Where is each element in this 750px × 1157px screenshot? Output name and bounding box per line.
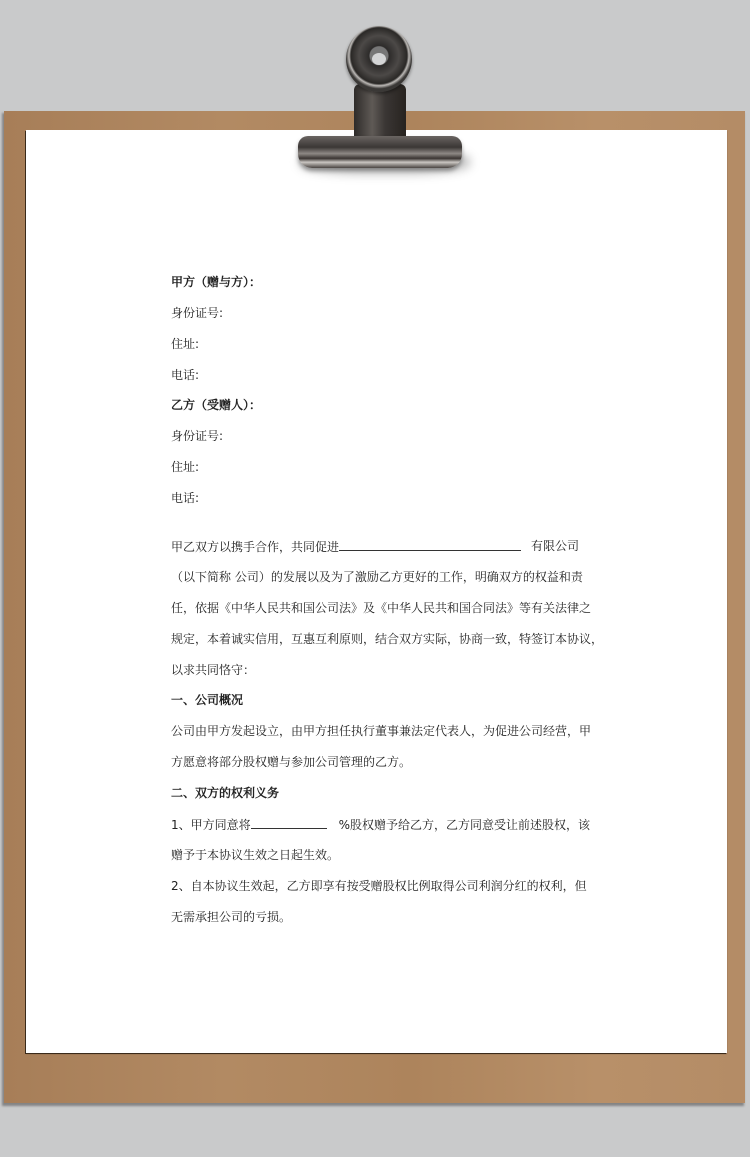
section-2-item-2-line-2: 无需承担公司的亏损。	[171, 909, 291, 925]
preamble-line-4: 规定，本着诚实信用，互惠互利原则，结合双方实际，协商一致，特签订本协议，	[171, 631, 603, 647]
party-b-id-label: 身份证号:	[171, 428, 223, 444]
preamble-line-1: 甲乙双方以携手合作，共同促进 有限公司	[171, 538, 579, 555]
party-b-heading: 乙方（受赠人）：	[171, 397, 261, 413]
binder-clip-neck	[354, 84, 406, 140]
party-a-address-label: 住址:	[171, 336, 199, 352]
preamble-line-2: （以下简称 公司）的发展以及为了激励乙方更好的工作，明确双方的权益和责	[171, 569, 583, 585]
share-percent-blank[interactable]	[251, 816, 327, 829]
section-1-line-2: 方愿意将部分股权赠与参加公司管理的乙方。	[171, 754, 411, 770]
binder-clip-base	[298, 136, 462, 168]
party-a-phone-label: 电话:	[171, 367, 199, 383]
item-1-prefix: 1、甲方同意将	[171, 818, 251, 832]
company-name-blank[interactable]	[339, 538, 521, 551]
party-a-id-label: 身份证号:	[171, 305, 223, 321]
preamble-line-3: 任，依据《中华人民共和国公司法》及《中华人民共和国合同法》等有关法律之	[171, 600, 591, 616]
section-2-item-1-line-2: 赠予于本协议生效之日起生效。	[171, 847, 339, 863]
party-b-phone-label: 电话:	[171, 490, 199, 506]
item-1-suffix: %股权赠予给乙方，乙方同意受让前述股权，该	[339, 818, 590, 832]
binder-clip-hole	[372, 53, 386, 65]
section-2-heading: 二、双方的权利义务	[171, 785, 279, 801]
preamble-line-1-prefix: 甲乙双方以携手合作，共同促进	[171, 540, 339, 554]
section-2-item-2-line-1: 2、自本协议生效起，乙方即享有按受赠股权比例取得公司利润分红的权利，但	[171, 878, 587, 894]
preamble-line-1-suffix: 有限公司	[531, 538, 579, 555]
section-2-item-1-line-1: 1、甲方同意将%股权赠予给乙方，乙方同意受让前述股权，该	[171, 816, 590, 833]
preamble-line-5: 以求共同恪守：	[171, 662, 255, 678]
party-a-heading: 甲方（赠与方）：	[171, 274, 261, 290]
paper-sheet	[26, 130, 727, 1053]
section-1-heading: 一、公司概况	[171, 692, 243, 708]
section-1-line-1: 公司由甲方发起设立，由甲方担任执行董事兼法定代表人，为促进公司经营，甲	[171, 723, 591, 739]
party-b-address-label: 住址:	[171, 459, 199, 475]
